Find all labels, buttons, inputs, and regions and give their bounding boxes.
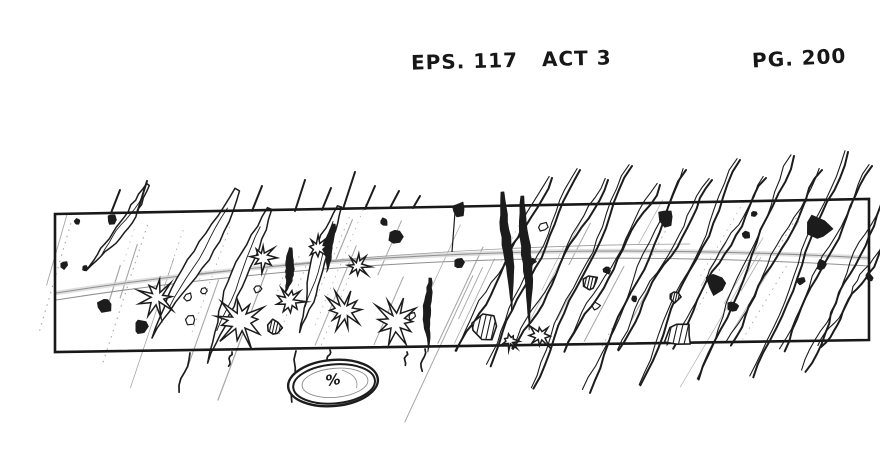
storyboard-panel-sketch bbox=[0, 0, 880, 449]
storyboard-page: EPS. 117 ACT 3 PG. 200 % bbox=[0, 0, 880, 449]
debris-pole bbox=[452, 212, 455, 252]
meteor-streaks bbox=[456, 151, 880, 393]
